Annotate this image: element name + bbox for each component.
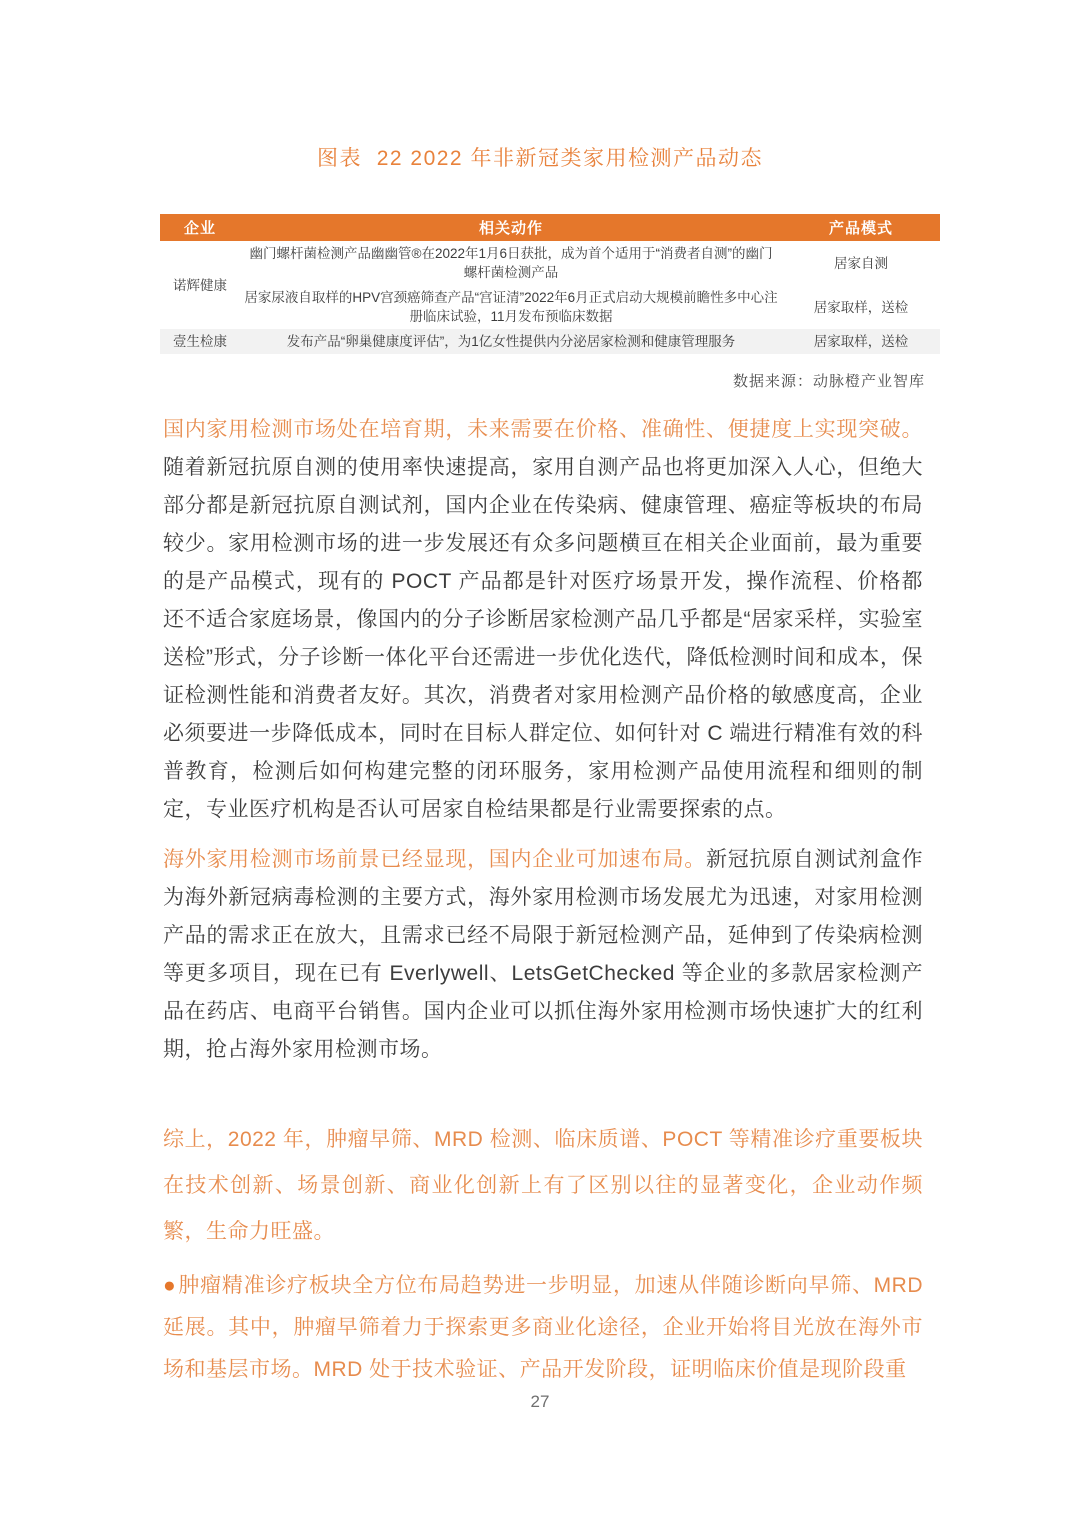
paragraph-domestic-market: 国内家用检测市场处在培育期，未来需要在价格、准确性、便捷度上实现突破。随着新冠抗… (163, 411, 923, 829)
bullet-icon: ● (163, 1274, 176, 1297)
paragraph-body-text: 新冠抗原自测试剂盒作为海外新冠病毒检测的主要方式，海外家用检测市场发展尤为迅速，… (163, 848, 923, 1061)
data-source-caption: 数据来源：动脉橙产业智库 (160, 370, 925, 391)
cell-company: 壹生检康 (160, 329, 240, 354)
cell-company: 诺辉健康 (160, 241, 240, 329)
table-header-company: 企业 (160, 214, 240, 241)
paragraph-body-text: 肿瘤精准诊疗板块全方位布局趋势进一步明显，加速从伴随诊断向早筛、MRD 延展。其… (163, 1274, 923, 1381)
cell-action: 幽门螺杆菌检测产品幽幽管®在2022年1月6日获批，成为首个适用于“消费者自测”… (240, 241, 782, 285)
cell-mode: 居家取样，送检 (782, 329, 940, 354)
paragraph-summary: 综上，2022 年，肿瘤早筛、MRD 检测、临床质谱、POCT 等精准诊疗重要板… (163, 1117, 923, 1255)
table-header-row: 企业 相关动作 产品模式 (160, 214, 940, 241)
cell-action: 居家尿液自取样的HPV宫颈癌筛查产品“宫证清”2022年6月正式启动大规模前瞻性… (240, 285, 782, 329)
paragraph-lead-emphasis: 国内家用检测市场处在培育期，未来需要在价格、准确性、便捷度上实现突破。 (163, 418, 923, 441)
cell-mode: 居家取样，送检 (782, 285, 940, 329)
page-number: 27 (0, 1392, 1080, 1412)
figure-table-container: 企业 相关动作 产品模式 诺辉健康 幽门螺杆菌检测产品幽幽管®在2022年1月6… (160, 214, 940, 354)
paragraph-lead-emphasis: 海外家用检测市场前景已经显现，国内企业可加速布局。 (163, 848, 706, 871)
paragraph-tumor-diagnosis: ●肿瘤精准诊疗板块全方位布局趋势进一步明显，加速从伴随诊断向早筛、MRD 延展。… (163, 1265, 923, 1391)
cell-action: 发布产品“卵巢健康度评估”，为1亿女性提供内分泌居家检测和健康管理服务 (240, 329, 782, 354)
body-text-column: 国内家用检测市场处在培育期，未来需要在价格、准确性、便捷度上实现突破。随着新冠抗… (163, 411, 923, 1391)
table-row: 居家尿液自取样的HPV宫颈癌筛查产品“宫证清”2022年6月正式启动大规模前瞻性… (160, 285, 940, 329)
figure-title: 图表 22 2022 年非新冠类家用检测产品动态 (0, 142, 1080, 172)
table-row: 壹生检康 发布产品“卵巢健康度评估”，为1亿女性提供内分泌居家检测和健康管理服务… (160, 329, 940, 354)
table-header-mode: 产品模式 (782, 214, 940, 241)
table-row: 诺辉健康 幽门螺杆菌检测产品幽幽管®在2022年1月6日获批，成为首个适用于“消… (160, 241, 940, 285)
cell-mode: 居家自测 (782, 241, 940, 285)
product-dynamics-table: 企业 相关动作 产品模式 诺辉健康 幽门螺杆菌检测产品幽幽管®在2022年1月6… (160, 214, 940, 354)
table-header-action: 相关动作 (240, 214, 782, 241)
paragraph-body-text: 随着新冠抗原自测的使用率快速提高，家用自测产品也将更加深入人心，但绝大部分都是新… (163, 456, 923, 821)
paragraph-overseas-market: 海外家用检测市场前景已经显现，国内企业可加速布局。新冠抗原自测试剂盒作为海外新冠… (163, 841, 923, 1069)
report-page: 图表 22 2022 年非新冠类家用检测产品动态 企业 相关动作 产品模式 诺辉… (0, 0, 1080, 1527)
